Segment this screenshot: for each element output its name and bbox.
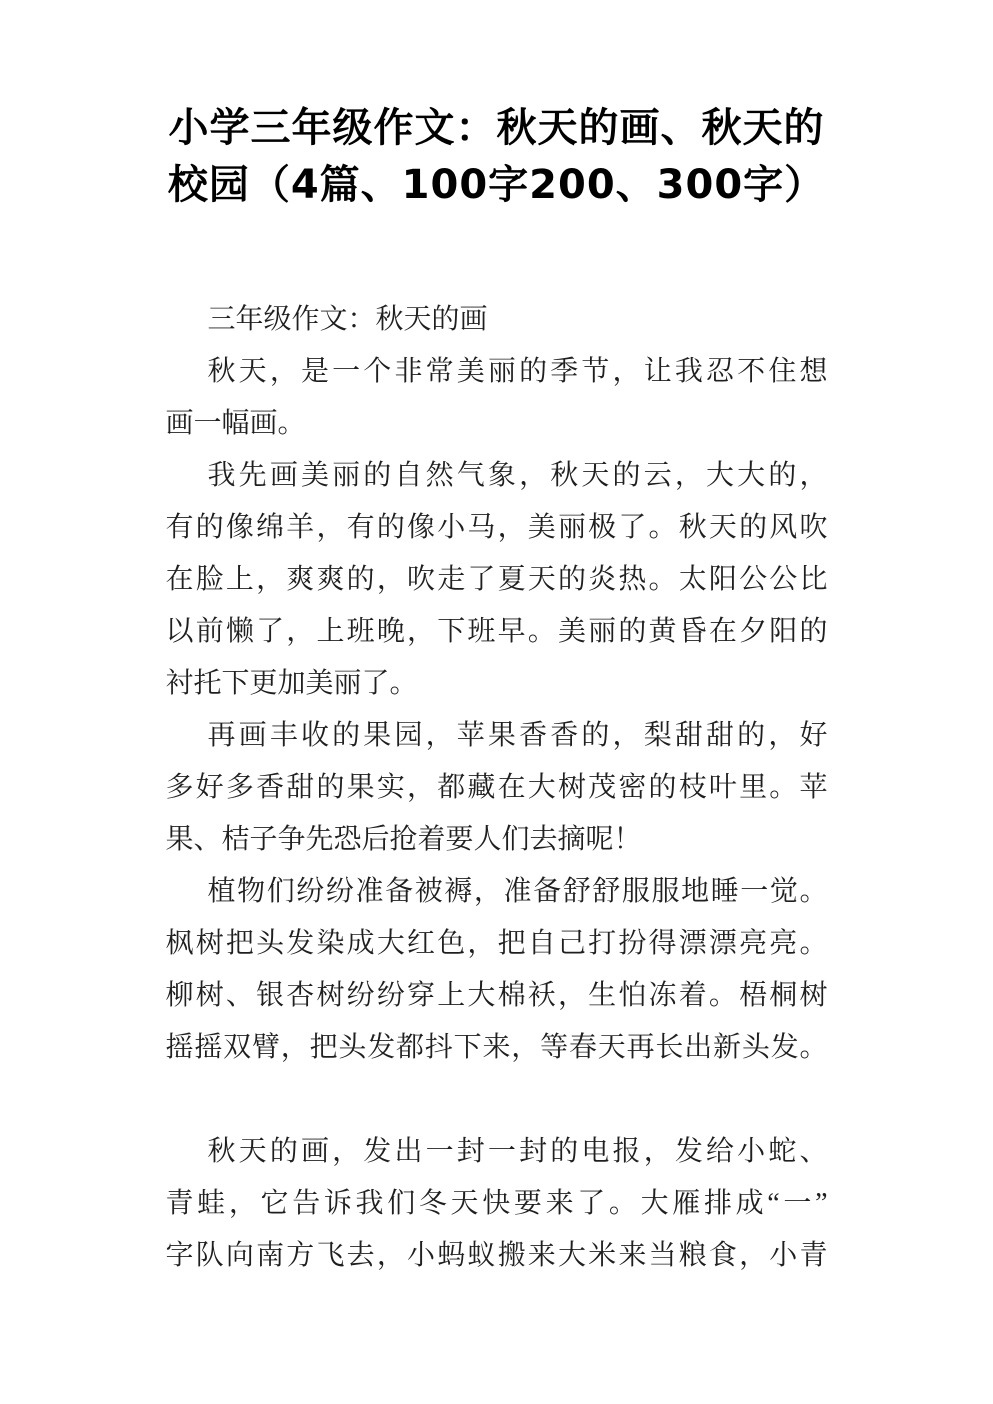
text-line: 再画丰收的果园，苹果香香的，梨甜甜的，好 [166,710,828,762]
text-line: 三年级作文：秋天的画 [166,294,828,346]
text-line [166,1074,828,1126]
text-line: 画一幅画。 [166,398,828,450]
text-line: 多好多香甜的果实，都藏在大树茂密的枝叶里。苹 [166,762,828,814]
document-page: 小学三年级作文：秋天的画、秋天的 校园（4篇、100字200、300字） 三年级… [0,0,993,1404]
essay-body: 三年级作文：秋天的画秋天，是一个非常美丽的季节，让我忍不住想画一幅画。我先画美丽… [166,294,828,1282]
text-line: 秋天，是一个非常美丽的季节，让我忍不住想 [166,346,828,398]
text-line: 植物们纷纷准备被褥，准备舒舒服服地睡一觉。 [166,866,828,918]
text-line: 衬托下更加美丽了。 [166,658,828,710]
text-line: 在脸上，爽爽的，吹走了夏天的炎热。太阳公公比 [166,554,828,606]
page-background: { "document": { "title": { "lines": [ "小… [0,0,993,1404]
text-line: 我先画美丽的自然气象，秋天的云，大大的， [166,450,828,502]
text-line: 摇摇双臂，把头发都抖下来，等春天再长出新头发。 [166,1022,828,1074]
title-line-2: 校园（4篇、100字200、300字） [0,157,993,214]
text-line: 柳树、银杏树纷纷穿上大棉袄，生怕冻着。梧桐树 [166,970,828,1022]
title-line-1: 小学三年级作文：秋天的画、秋天的 [0,100,993,157]
document-title: 小学三年级作文：秋天的画、秋天的 校园（4篇、100字200、300字） [0,0,993,214]
text-line: 青蛙，它告诉我们冬天快要来了。大雁排成“一” [166,1178,828,1230]
text-line: 字队向南方飞去，小蚂蚁搬来大米来当粮食，小青 [166,1230,828,1282]
text-line: 有的像绵羊，有的像小马，美丽极了。秋天的风吹 [166,502,828,554]
text-line: 枫树把头发染成大红色，把自己打扮得漂漂亮亮。 [166,918,828,970]
text-line: 果、桔子争先恐后抢着要人们去摘呢！ [166,814,828,866]
text-line: 秋天的画，发出一封一封的电报，发给小蛇、 [166,1126,828,1178]
text-line: 以前懒了，上班晚，下班早。美丽的黄昏在夕阳的 [166,606,828,658]
